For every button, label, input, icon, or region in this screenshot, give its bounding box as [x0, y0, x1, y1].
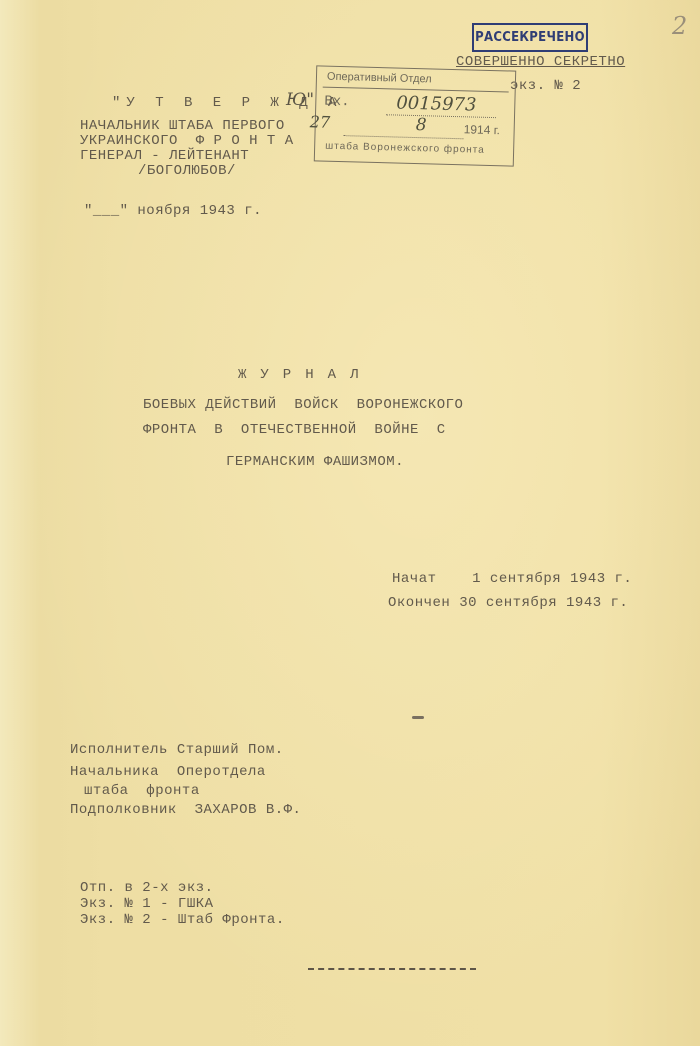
- copies-line: Отп. в 2-х экз.: [80, 880, 214, 896]
- registration-day: 27: [310, 112, 331, 132]
- executor-line: штаба фронта: [84, 783, 200, 799]
- registration-year: 1914 г.: [463, 122, 500, 137]
- copies-line: Экз. № 2 - Штаб Фронта.: [80, 912, 285, 928]
- stamp-divider: [323, 87, 509, 93]
- stamp-dotted-line: [386, 114, 496, 118]
- document-subtitle-line: ГЕРМАНСКИМ ФАШИЗМОМ.: [226, 454, 404, 470]
- declassified-stamp: РАССЕКРЕЧЕНО: [472, 23, 588, 52]
- registration-month: 8: [416, 115, 427, 135]
- executor-name: Подполковник ЗАХАРОВ В.Ф.: [70, 802, 301, 818]
- registration-header: Оперативный Отдел: [327, 71, 432, 86]
- registration-footer: штаба Воронежского фронта: [325, 141, 485, 156]
- approval-line: НАЧАЛЬНИК ШТАБА ПЕРВОГО: [80, 118, 285, 134]
- stamp-dotted-line: [343, 135, 463, 139]
- end-date: Окончен 30 сентября 1943 г.: [388, 595, 628, 611]
- registration-stamp: Оперативный Отдел Вх. 0015973 27 8 1914 …: [314, 65, 516, 166]
- executor-line: Начальника Оперотдела: [70, 764, 266, 780]
- page-number: 2: [672, 12, 687, 40]
- document-page: РАССЕКРЕЧЕНО 2 СОВЕРШЕННО СЕКРЕТНО экз. …: [0, 0, 700, 1046]
- approval-line: ГЕНЕРАЛ - ЛЕЙТЕНАНТ: [80, 148, 249, 164]
- approval-signatory: /БОГОЛЮБОВ/: [138, 163, 236, 179]
- start-date: Начат 1 сентября 1943 г.: [392, 571, 632, 587]
- copy-number: экз. № 2: [510, 78, 581, 94]
- executor-line: Исполнитель Старший Пом.: [70, 742, 284, 758]
- copies-line: Экз. № 1 - ГШКА: [80, 896, 214, 912]
- classification-label: СОВЕРШЕННО СЕКРЕТНО: [456, 54, 625, 70]
- ink-mark: [412, 716, 424, 719]
- approval-date: "___" ноября 1943 г.: [84, 203, 262, 219]
- end-divider: [308, 968, 476, 970]
- document-title: ЖУРНАЛ: [238, 367, 372, 383]
- incoming-number: 0015973: [396, 93, 477, 116]
- document-subtitle-line: ФРОНТА В ОТЕЧЕСТВЕННОЙ ВОЙНЕ С: [143, 422, 446, 438]
- document-subtitle-line: БОЕВЫХ ДЕЙСТВИЙ ВОЙСК ВОРОНЕЖСКОГО: [143, 397, 463, 413]
- approval-heading-handwritten: Ю": [286, 90, 314, 110]
- approval-line: УКРАИНСКОГО Ф Р О Н Т А: [80, 133, 294, 149]
